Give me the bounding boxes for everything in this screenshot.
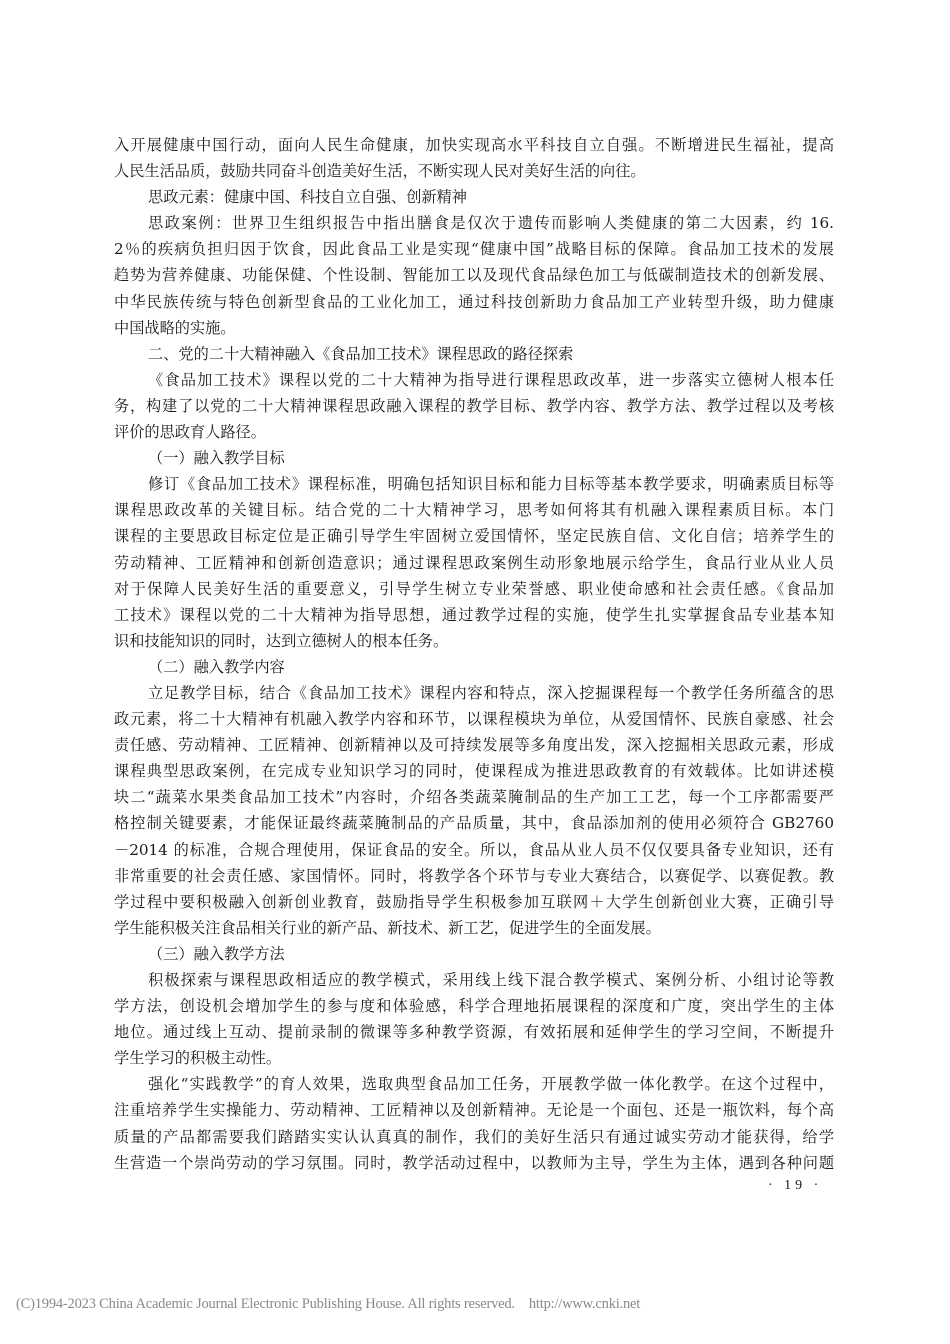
- copyright-text: (C)1994-2023 China Academic Journal Elec…: [16, 1296, 515, 1312]
- text-line: 课程典型思政案例，在完成专业知识学习的同时，使课程成为推进思政教育的有效载体。比…: [114, 758, 834, 784]
- text-line: 非常重要的社会责任感、家国情怀。同时，将教学各个环节与专业大赛结合，以赛促学、以…: [114, 863, 834, 889]
- text-line: 思政元素：健康中国、科技自立自强、创新精神: [114, 184, 834, 210]
- text-line: 中华民族传统与特色创新型食品的工业化加工，通过科技创新助力食品加工产业转型升级，…: [114, 289, 834, 315]
- text-line: 政元素，将二十大精神有机融入教学内容和环节，以课程模块为单位，从爱国情怀、民族自…: [114, 706, 834, 732]
- text-line: 《食品加工技术》课程以党的二十大精神为指导进行课程思政改革，进一步落实立德树人根…: [114, 367, 834, 393]
- text-line: 立足教学目标，结合《食品加工技术》课程内容和特点，深入挖掘课程每一个教学任务所蕴…: [114, 680, 834, 706]
- text-line: 学方法，创设机会增加学生的参与度和体验感，科学合理地拓展课程的深度和广度，突出学…: [114, 993, 834, 1019]
- text-line: 积极探索与课程思政相适应的教学模式，采用线上线下混合教学模式、案例分析、小组讨论…: [114, 967, 834, 993]
- text-line: 地位。通过线上互动、提前录制的微课等多种教学资源，有效拓展和延伸学生的学习空间，…: [114, 1019, 834, 1045]
- text-line: 责任感、劳动精神、工匠精神、创新精神以及可持续发展等多角度出发，深入挖掘相关思政…: [114, 732, 834, 758]
- text-line: 对于保障人民美好生活的重要意义，引导学生树立专业荣誉感、职业使命感和社会责任感。…: [114, 576, 834, 602]
- text-line: 中国战略的实施。: [114, 315, 834, 341]
- document-body: 入开展健康中国行动，面向人民生命健康，加快实现高水平科技自立自强。不断增进民生福…: [114, 132, 834, 1176]
- text-line: （一）融入教学目标: [114, 445, 834, 471]
- text-line: 学过程中要积极融入创新创业教育，鼓励指导学生积极参加互联网＋大学生创新创业大赛，…: [114, 889, 834, 915]
- text-line: 工技术》课程以党的二十大精神为指导思想，通过教学过程的实施，使学生扎实掌握食品专…: [114, 602, 834, 628]
- text-line: 学生学习的积极主动性。: [114, 1045, 834, 1071]
- text-line: 修订《食品加工技术》课程标准，明确包括知识目标和能力目标等基本教学要求，明确素质…: [114, 471, 834, 497]
- text-line: 质量的产品都需要我们踏踏实实认认真真的制作，我们的美好生活只有通过诚实劳动才能获…: [114, 1124, 834, 1150]
- text-line: －2014 的标准，合规合理使用，保证食品的安全。所以，食品从业人员不仅仅要具备…: [114, 837, 834, 863]
- text-line: 务，构建了以党的二十大精神课程思政融入课程的教学目标、教学内容、教学方法、教学过…: [114, 393, 834, 419]
- text-line: 趋势为营养健康、功能保健、个性设制、智能加工以及现代食品绿色加工与低碳制造技术的…: [114, 262, 834, 288]
- text-line: 思政案例：世界卫生组织报告中指出膳食是仅次于遗传而影响人类健康的第二大因素，约 …: [114, 210, 834, 236]
- text-line: 评价的思政育人路径。: [114, 419, 834, 445]
- copyright-footer: (C)1994-2023 China Academic Journal Elec…: [16, 1296, 640, 1313]
- text-line: 强化“实践教学”的育人效果，选取典型食品加工任务，开展教学做一体化教学。在这个过…: [114, 1071, 834, 1097]
- text-line: 劳动精神、工匠精神和创新创造意识；通过课程思政案例生动形象地展示给学生，食品行业…: [114, 550, 834, 576]
- text-line: （二）融入教学内容: [114, 654, 834, 680]
- page-number: · 19 ·: [768, 1178, 822, 1194]
- text-line: 识和技能知识的同时，达到立德树人的根本任务。: [114, 628, 834, 654]
- text-line: 入开展健康中国行动，面向人民生命健康，加快实现高水平科技自立自强。不断增进民生福…: [114, 132, 834, 158]
- text-line: 课程思政改革的关键目标。结合党的二十大精神学习，思考如何将其有机融入课程素质目标…: [114, 497, 834, 523]
- text-line: 注重培养学生实操能力、劳动精神、工匠精神以及创新精神。无论是一个面包、还是一瓶饮…: [114, 1097, 834, 1123]
- text-line: （三）融入教学方法: [114, 941, 834, 967]
- text-line: 学生能积极关注食品相关行业的新产品、新技术、新工艺，促进学生的全面发展。: [114, 915, 834, 941]
- text-line: 2％的疾病负担归因于饮食，因此食品工业是实现“健康中国”战略目标的保障。食品加工…: [114, 236, 834, 262]
- text-line: 格控制关键要素，才能保证最终蔬菜腌制品的产品质量，其中，食品添加剂的使用必须符合…: [114, 810, 834, 836]
- text-line: 课程的主要思政目标定位是正确引导学生牢固树立爱国情怀，坚定民族自信、文化自信；培…: [114, 523, 834, 549]
- footer-url: http://www.cnki.net: [529, 1296, 640, 1312]
- text-line: 二、党的二十大精神融入《食品加工技术》课程思政的路径探索: [114, 341, 834, 367]
- text-line: 人民生活品质，鼓励共同奋斗创造美好生活，不断实现人民对美好生活的向往。: [114, 158, 834, 184]
- text-line: 块二“蔬菜水果类食品加工技术”内容时，介绍各类蔬菜腌制品的生产加工工艺，每一个工…: [114, 784, 834, 810]
- text-line: 生营造一个崇尚劳动的学习氛围。同时，教学活动过程中，以教师为主导，学生为主体，遇…: [114, 1150, 834, 1176]
